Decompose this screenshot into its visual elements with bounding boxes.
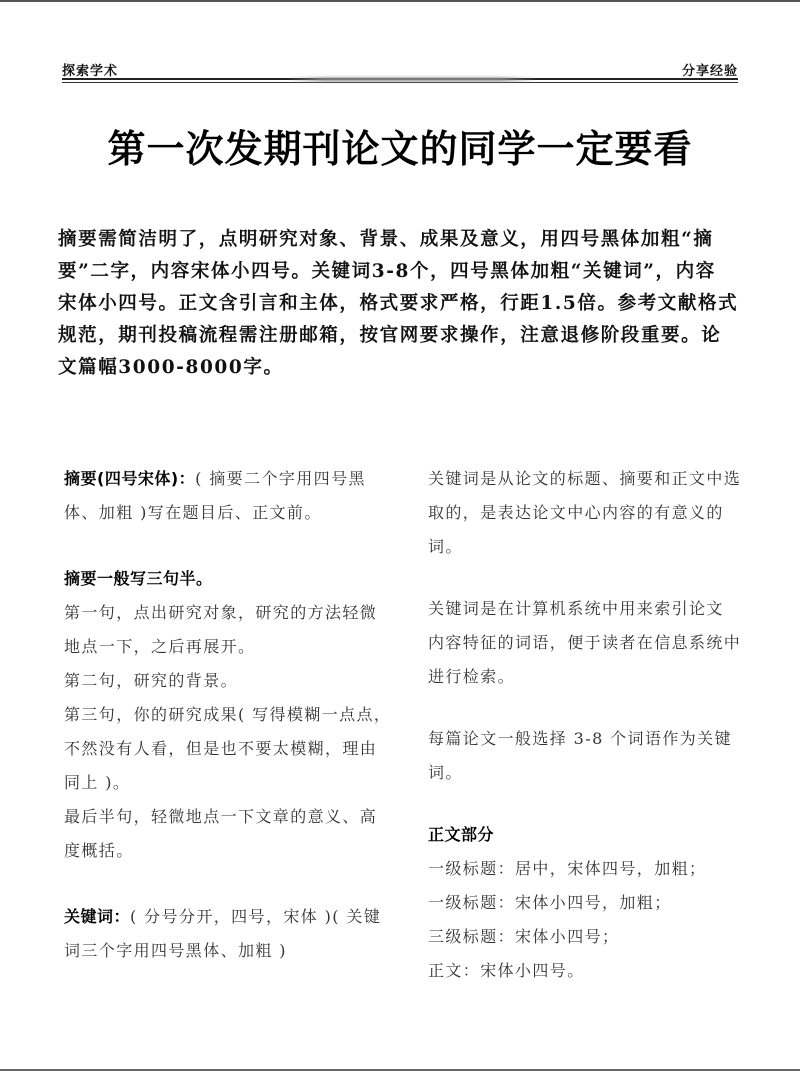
three-sentences-line: 第二句，研究的背景。 [64, 664, 409, 698]
three-sentences-block: 摘要一般写三句半。 第一句，点出研究对象，研究的方法轻微 地点一下，之后再展开。… [64, 562, 409, 868]
abstract-format-label: 摘要(四号宋体)： [64, 469, 195, 488]
summary-line: 要”二字，内容宋体小四号。关键词3-8个，四号黑体加粗“关键词”，内容 [58, 256, 742, 288]
summary-paragraph: 摘要需简洁明了，点明研究对象、背景、成果及意义，用四号黑体加粗“摘 要”二字，内… [58, 224, 742, 384]
spacer [428, 790, 773, 818]
top-border [0, 0, 800, 2]
abstract-format-line-1: 摘要(四号宋体)：( 摘要二个字用四号黑 [64, 462, 409, 496]
header-left-label: 探索学术 [62, 60, 118, 79]
left-column: 摘要(四号宋体)：( 摘要二个字用四号黑 体、加粗 )写在题目后、正文前。 摘要… [64, 462, 409, 968]
three-sentences-line: 不然没有人看，但是也不要太模糊，理由 [64, 732, 409, 766]
three-sentences-line: 同上 )。 [64, 766, 409, 800]
three-sentences-heading: 摘要一般写三句半。 [64, 562, 409, 596]
paragraph-line: 内容特征的词语，便于读者在信息系统中 [428, 626, 773, 660]
keyword-definition-paragraph: 关键词是从论文的标题、摘要和正文中选 取的，是表达论文中心内容的有意义的 词。 [428, 462, 773, 564]
paragraph-line: 词。 [428, 756, 773, 790]
three-sentences-line: 第一句，点出研究对象，研究的方法轻微 [64, 596, 409, 630]
summary-line: 文篇幅3000-8000字。 [58, 352, 742, 384]
abstract-format-line-2: 体、加粗 )写在题目后、正文前。 [64, 496, 409, 530]
header-rule-thin [62, 82, 738, 83]
three-sentences-line: 最后半句，轻微地点一下文章的意义、高 [64, 800, 409, 834]
spacer [428, 564, 773, 592]
three-sentences-line: 度概括。 [64, 834, 409, 868]
abstract-format-text: ( 摘要二个字用四号黑 [195, 469, 366, 488]
summary-line: 规范，期刊投稿流程需注册邮箱，按官网要求操作，注意退修阶段重要。论 [58, 320, 742, 352]
spacer [64, 868, 409, 900]
keyword-count-paragraph: 每篇论文一般选择 3-8 个词语作为关键 词。 [428, 722, 773, 790]
paragraph-line: 词。 [428, 530, 773, 564]
abstract-format-block: 摘要(四号宋体)：( 摘要二个字用四号黑 体、加粗 )写在题目后、正文前。 [64, 462, 409, 530]
keywords-format-text: ( 分号分开，四号，宋体 )( 关键 [130, 907, 381, 926]
three-sentences-line: 地点一下，之后再展开。 [64, 630, 409, 664]
summary-line: 宋体小四号。正文含引言和主体，格式要求严格，行距1.5倍。参考文献格式 [58, 288, 742, 320]
spacer [428, 694, 773, 722]
paragraph-line: 关键词是从论文的标题、摘要和正文中选 [428, 462, 773, 496]
header-right-label: 分享经验 [682, 60, 738, 79]
paragraph-line: 关键词是在计算机系统中用来索引论文 [428, 592, 773, 626]
keywords-format-line-2: 词三个字用四号黑体、加粗 ) [64, 934, 409, 968]
body-section-line: 三级标题：宋体小四号； [428, 920, 773, 954]
body-section-line: 正文：宋体小四号。 [428, 954, 773, 988]
keywords-format-block: 关键词：( 分号分开，四号，宋体 )( 关键 词三个字用四号黑体、加粗 ) [64, 900, 409, 968]
body-section-line: 一级标题：居中，宋体四号，加粗； [428, 852, 773, 886]
body-section-heading: 正文部分 [428, 818, 773, 852]
keywords-format-label: 关键词： [64, 907, 130, 926]
summary-line: 摘要需简洁明了，点明研究对象、背景、成果及意义，用四号黑体加粗“摘 [58, 224, 742, 256]
keywords-format-line-1: 关键词：( 分号分开，四号，宋体 )( 关键 [64, 900, 409, 934]
three-sentences-line: 第三句，你的研究成果( 写得模糊一点点， [64, 698, 409, 732]
paragraph-line: 进行检索。 [428, 660, 773, 694]
header-rule-smudge [287, 77, 537, 82]
page-title: 第一次发期刊论文的同学一定要看 [0, 118, 800, 173]
spacer [64, 530, 409, 562]
keyword-indexing-paragraph: 关键词是在计算机系统中用来索引论文 内容特征的词语，便于读者在信息系统中 进行检… [428, 592, 773, 694]
body-section-block: 正文部分 一级标题：居中，宋体四号，加粗； 一级标题：宋体小四号，加粗； 三级标… [428, 818, 773, 988]
paragraph-line: 取的，是表达论文中心内容的有意义的 [428, 496, 773, 530]
right-column: 关键词是从论文的标题、摘要和正文中选 取的，是表达论文中心内容的有意义的 词。 … [428, 462, 773, 988]
header-divider [62, 78, 738, 83]
paragraph-line: 每篇论文一般选择 3-8 个词语作为关键 [428, 722, 773, 756]
body-section-line: 一级标题：宋体小四号，加粗； [428, 886, 773, 920]
